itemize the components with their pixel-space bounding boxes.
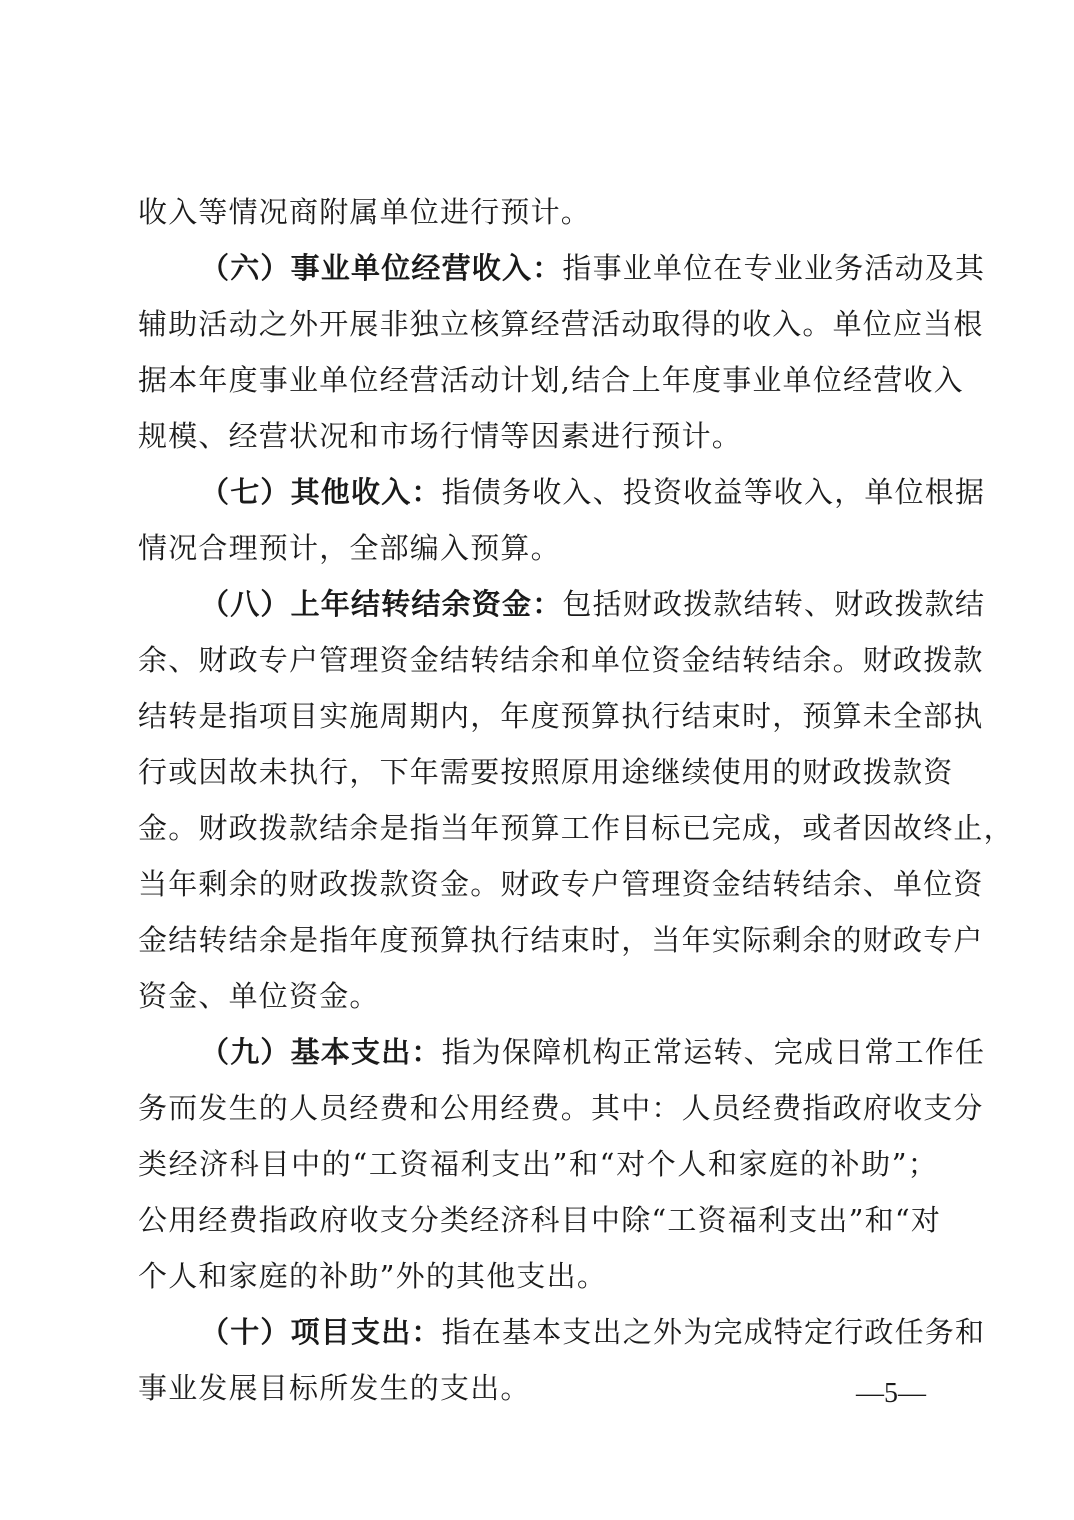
line-text: 规模、经营状况和市场行情等因素进行预计。 <box>138 419 742 453</box>
text-line: 资金、单位资金。 <box>138 976 938 1016</box>
text-line: 类经济科目中的“工资福利支出”和“对个人和家庭的补助”； <box>138 1144 938 1184</box>
section-heading: （八）上年结转结余资金： <box>200 587 562 621</box>
line-text: 辅助活动之外开展非独立核算经营活动取得的收入。单位应当根 <box>138 307 984 341</box>
text-line: 当年剩余的财政拨款资金。财政专户管理资金结转结余、单位资 <box>138 864 938 904</box>
section-heading: （七）其他收入： <box>200 475 442 509</box>
line-text: 余、财政专户管理资金结转结余和单位资金结转结余。财政拨款 <box>138 643 984 677</box>
text-line: 个人和家庭的补助”外的其他支出。 <box>138 1256 938 1296</box>
line-text: 结转是指项目实施周期内，年度预算执行结束时，预算未全部执 <box>138 699 984 733</box>
section-10-heading-line: （十）项目支出：指在基本支出之外为完成特定行政任务和 <box>200 1312 938 1352</box>
text-line: 事业发展目标所发生的支出。 <box>138 1368 938 1408</box>
line-text: 指在基本支出之外为完成特定行政任务和 <box>442 1315 986 1349</box>
line-text: 当年剩余的财政拨款资金。财政专户管理资金结转结余、单位资 <box>138 867 984 901</box>
text-line: 情况合理预计，全部编入预算。 <box>138 528 938 568</box>
section-heading: （六）事业单位经营收入： <box>200 251 562 285</box>
text-line: 结转是指项目实施周期内，年度预算执行结束时，预算未全部执 <box>138 696 938 736</box>
line-text: 据本年度事业单位经营活动计划,结合上年度事业单位经营收入 <box>138 363 964 397</box>
line-text: 包括财政拨款结转、财政拨款结 <box>562 587 985 621</box>
text-line: 余、财政专户管理资金结转结余和单位资金结转结余。财政拨款 <box>138 640 938 680</box>
line-text: 金。财政拨款结余是指当年预算工作目标已完成，或者因故终止， <box>138 811 1014 845</box>
text-line: 务而发生的人员经费和公用经费。其中：人员经费指政府收支分 <box>138 1088 938 1128</box>
line-text: 行或因故未执行，下年需要按照原用途继续使用的财政拨款资 <box>138 755 953 789</box>
section-heading: （十）项目支出： <box>200 1315 442 1349</box>
line-text: 情况合理预计，全部编入预算。 <box>138 531 561 565</box>
line-text: 指债务收入、投资收益等收入，单位根据 <box>442 475 986 509</box>
text-line: 行或因故未执行，下年需要按照原用途继续使用的财政拨款资 <box>138 752 938 792</box>
line-text: 金结转结余是指年度预算执行结束时，当年实际剩余的财政专户 <box>138 923 984 957</box>
text-line: 公用经费指政府收支分类经济科目中除“工资福利支出”和“对 <box>138 1200 938 1240</box>
line-text: 个人和家庭的补助”外的其他支出。 <box>138 1259 607 1293</box>
text-line: 规模、经营状况和市场行情等因素进行预计。 <box>138 416 938 456</box>
line-text: 事业发展目标所发生的支出。 <box>138 1371 531 1405</box>
line-text: 指为保障机构正常运转、完成日常工作任 <box>442 1035 986 1069</box>
text-line: 收入等情况商附属单位进行预计。 <box>138 192 938 232</box>
line-text: 资金、单位资金。 <box>138 979 380 1013</box>
page-number: —5— <box>856 1376 926 1412</box>
line-text: 类经济科目中的“工资福利支出”和“对个人和家庭的补助”； <box>138 1147 938 1181</box>
text-line: 金结转结余是指年度预算执行结束时，当年实际剩余的财政专户 <box>138 920 938 960</box>
section-6-heading-line: （六）事业单位经营收入：指事业单位在专业业务活动及其 <box>200 248 938 288</box>
text-line: 辅助活动之外开展非独立核算经营活动取得的收入。单位应当根 <box>138 304 938 344</box>
section-9-heading-line: （九）基本支出：指为保障机构正常运转、完成日常工作任 <box>200 1032 938 1072</box>
text-line: 金。财政拨款结余是指当年预算工作目标已完成，或者因故终止， <box>138 808 938 848</box>
section-heading: （九）基本支出： <box>200 1035 442 1069</box>
line-text: 指事业单位在专业业务活动及其 <box>562 251 985 285</box>
line-text: 务而发生的人员经费和公用经费。其中：人员经费指政府收支分 <box>138 1091 984 1125</box>
line-text: 公用经费指政府收支分类经济科目中除“工资福利支出”和“对 <box>138 1203 941 1237</box>
section-8-heading-line: （八）上年结转结余资金：包括财政拨款结转、财政拨款结 <box>200 584 938 624</box>
text-line: 据本年度事业单位经营活动计划,结合上年度事业单位经营收入 <box>138 360 938 400</box>
section-7-heading-line: （七）其他收入：指债务收入、投资收益等收入，单位根据 <box>200 472 938 512</box>
line-text: 收入等情况商附属单位进行预计。 <box>138 195 591 229</box>
